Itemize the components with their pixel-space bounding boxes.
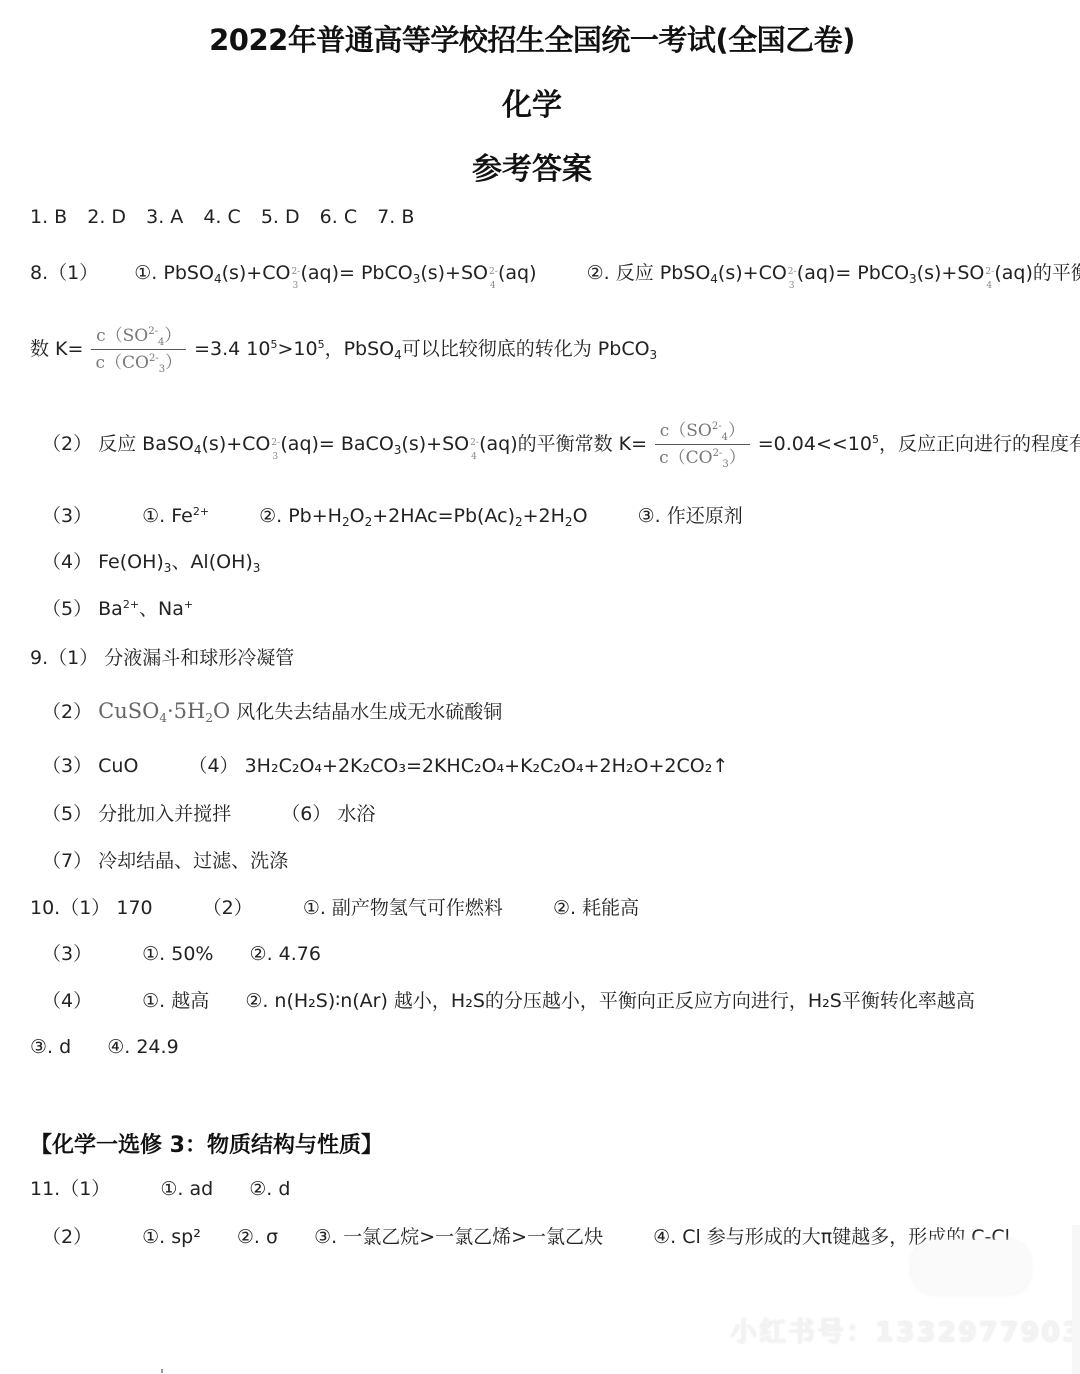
- exam-title: 2022年普通高等学校招生全国统一考试(全国乙卷): [0, 18, 1064, 59]
- q8-part4-line: （4） Fe(OH)3、Al(OH)3: [42, 549, 260, 575]
- q8-part5-line: （5） Ba2+、Na+: [42, 596, 193, 622]
- q10-part4-continuation: ③. d ④. 24.9: [30, 1034, 179, 1060]
- q8-2-mark: ②.: [587, 260, 610, 286]
- q8-label: 8.（1）: [30, 260, 98, 286]
- equilibrium-constant-fraction: c（SO2-4） c（CO2-3）: [655, 420, 750, 469]
- equilibrium-constant-fraction: c（SO2-4） c（CO2-3）: [91, 325, 186, 374]
- q8-part2-line: （2） 反应 BaSO4(s)+CO2-3(aq)= BaCO3(s)+SO2-…: [42, 420, 1080, 469]
- elective-section-heading: 【化学一选修 3：物质结构与性质】: [30, 1128, 383, 1159]
- q8-part1-line: 8.（1） ①. PbSO4(s)+CO2-3(aq)= PbCO3(s)+SO…: [30, 260, 1080, 287]
- q10-part1-2-line: 10.（1） 170 （2） ①. 副产物氢气可作燃料 ②. 耗能高: [30, 895, 639, 921]
- page-edge: [1072, 1225, 1080, 1374]
- q8-2-text: 反应 PbSO4(s)+CO2-3(aq)= PbCO3(s)+SO2-4(aq…: [616, 260, 1080, 287]
- q9-part5-6-line: （5） 分批加入并搅拌 （6） 水浴: [42, 801, 375, 827]
- q10-part4-line: （4） ①. 越高 ②. n(H₂S)∶n(Ar) 越小，H₂S的分压越小，平衡…: [42, 988, 975, 1014]
- q10-part3-line: （3） ①. 50% ②. 4.76: [42, 941, 321, 967]
- mcq-answers: 1. B 2. D 3. A 4. C 5. D 6. C 7. B: [30, 204, 414, 230]
- q8-1-mark: ①.: [134, 260, 157, 286]
- stray-mark: [161, 1369, 163, 1373]
- mcq-answer: 5. D: [261, 204, 300, 230]
- answer-key-page: 2022年普通高等学校招生全国统一考试(全国乙卷) 化学 参考答案 1. B 2…: [0, 0, 1080, 1374]
- q9-part2-line: （2） CuSO4·5H2O 风化失去结晶水生成无水硫酸铜: [42, 698, 502, 725]
- mcq-answer: 4. C: [203, 204, 240, 230]
- q8-1-equation: PbSO4(s)+CO2-3(aq)= PbCO3(s)+SO2-4(aq): [163, 260, 536, 287]
- k-value: =3.4 105>105，PbSO4 可以比较彻底的转化为 PbCO3: [194, 336, 657, 362]
- mcq-answer: 3. A: [146, 204, 183, 230]
- q8-part3-line: （3） ①. Fe2+ ②. Pb+H2O2+2HAc=Pb(Ac)2+2H2O…: [42, 503, 743, 529]
- watermark-logo-icon: [912, 1240, 1030, 1294]
- mcq-answer: 7. B: [377, 204, 414, 230]
- subject-title: 化学: [0, 80, 1064, 124]
- answer-key-title: 参考答案: [0, 144, 1064, 188]
- q9-part3-4-line: （3） CuO （4） 3H₂C₂O₄+2K₂CO₃=2KHC₂O₄+K₂C₂O…: [42, 753, 728, 779]
- mcq-answer: 6. C: [320, 204, 357, 230]
- mcq-answer: 1. B: [30, 204, 67, 230]
- watermark-text: 小红书号：1332977903: [730, 1310, 1080, 1349]
- copper-sulfate-formula: CuSO4·5H2O: [98, 698, 230, 724]
- q9-part1-line: 9.（1） 分液漏斗和球形冷凝管: [30, 645, 294, 671]
- mcq-answer: 2. D: [87, 204, 126, 230]
- q11-part2-line: （2） ①. sp² ②. σ ③. 一氯乙烷>一氯乙烯>一氯乙炔 ④. Cl …: [42, 1224, 1010, 1250]
- q8-part1-continuation: 数 K= c（SO2-4） c（CO2-3） =3.4 105>105，PbSO…: [30, 325, 657, 374]
- q11-part1-line: 11.（1） ①. ad ②. d: [30, 1176, 290, 1202]
- q9-part7-line: （7） 冷却结晶、过滤、洗涤: [42, 848, 288, 874]
